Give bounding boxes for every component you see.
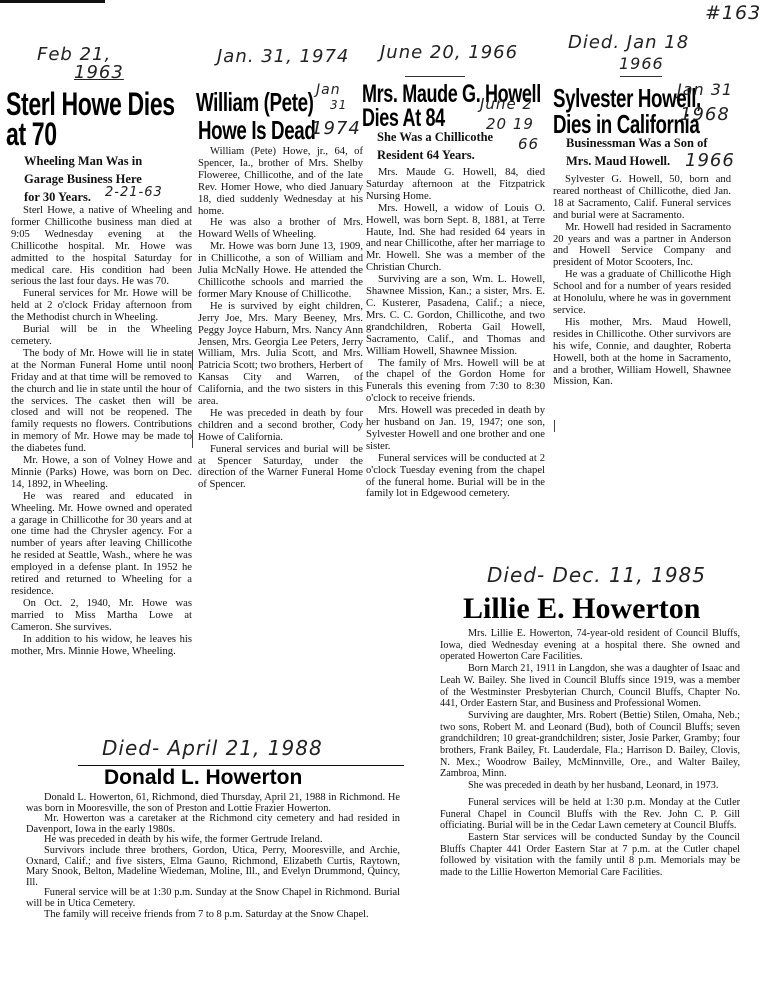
paragraph: Funeral services and burial will be at S… — [198, 444, 363, 492]
paragraph: Donald L. Howerton, 61, Richmond, died T… — [26, 793, 400, 814]
paragraph: Born March 21, 1911 in Langdon, she was … — [440, 663, 740, 710]
paragraph: Funeral service will be at 1:30 p.m. Sun… — [26, 888, 400, 909]
paragraph: The body of Mr. Howe will lie in state a… — [11, 348, 192, 455]
paragraph: Burial will be in the Wheeling cemetery. — [11, 324, 192, 348]
handwritten-note: 1968 — [680, 104, 730, 125]
handwritten-note: 1966 — [685, 150, 735, 171]
handwritten-note: 2-21-63 — [105, 185, 163, 200]
paragraph: The family will receive friends from 7 t… — [26, 910, 400, 921]
handwritten-date-year: 1966 — [619, 54, 664, 73]
handwritten-note: 1974 — [311, 118, 361, 139]
article-body: Mrs. Lillie E. Howerton, 74-year-old res… — [440, 628, 740, 879]
clip-edge-mark — [192, 430, 193, 448]
paragraph: Mrs. Howell was preceded in death by her… — [366, 405, 545, 453]
handwritten-note: Jan 31 — [677, 80, 733, 99]
handwritten-date: Died. Jan 18 — [568, 32, 689, 53]
handwritten-date: June 20, 1966 — [380, 42, 518, 63]
handwritten-date: Died- April 21, 1988 — [102, 736, 323, 760]
paragraph: Surviving are daughter, Mrs. Robert (Bet… — [440, 710, 740, 780]
paragraph: Funeral services will be held at 1:30 p.… — [440, 797, 740, 832]
clip-edge-mark — [192, 350, 193, 370]
article-body: Sterl Howe, a native of Wheeling and for… — [11, 205, 192, 657]
divider — [620, 76, 662, 77]
paragraph: Mr. Howe was born June 13, 1909, in Chil… — [198, 241, 363, 301]
article-body: Sylvester G. Howell, 50, born and reared… — [553, 174, 731, 388]
article-body: William (Pete) Howe, jr., 64, of Spencer… — [198, 146, 363, 491]
paragraph: On Oct. 2, 1940, Mr. Howe was married to… — [11, 598, 192, 634]
paragraph: Mr. Howell had resided in Sacramento 20 … — [553, 222, 731, 270]
paragraph: He was also a brother of Mrs. Howard Wel… — [198, 217, 363, 241]
paragraph: Sterl Howe, a native of Wheeling and for… — [11, 205, 192, 288]
headline-line-2: Howe Is Dead — [198, 116, 315, 146]
headline: Lillie E. Howerton — [463, 592, 700, 626]
handwritten-date: Jan. 31, 1974 — [217, 46, 349, 67]
article-body: Mrs. Maude G. Howell, 84, died Saturday … — [366, 167, 545, 500]
paragraph: Mr. Howerton was a caretaker at the Rich… — [26, 814, 400, 835]
paragraph: Funeral services for Mr. Howe will be he… — [11, 288, 192, 324]
paragraph: He was reared and educated in Wheeling. … — [11, 491, 192, 598]
paragraph: He is survived by eight children, Jerry … — [198, 301, 363, 408]
paragraph: The family of Mrs. Howell will be at the… — [366, 358, 545, 406]
headline-line-2: at 70 — [6, 116, 57, 153]
paragraph: His mother, Mrs. Maud Howell, resides in… — [553, 317, 731, 388]
paragraph: Mrs. Maude G. Howell, 84, died Saturday … — [366, 167, 545, 203]
paragraph: Sylvester G. Howell, 50, born and reared… — [553, 174, 731, 222]
paragraph: Mrs. Howell, a widow of Louis O. Howell,… — [366, 203, 545, 274]
paragraph: She was preceded in death by her husband… — [440, 780, 740, 792]
handwritten-date: Died- Dec. 11, 1985 — [487, 563, 706, 587]
subhead: She Was a Chillicothe Resident 64 Years. — [377, 128, 517, 164]
paragraph: Survivors include three brothers, Gordon… — [26, 846, 400, 888]
paragraph: Eastern Star services will be conducted … — [440, 832, 740, 879]
handwritten-note: Jan — [316, 82, 341, 98]
paragraph: Surviving are a son, Wm. L. Howell, Shaw… — [366, 274, 545, 357]
page-number-note: #163 — [705, 2, 760, 24]
headline: Donald L. Howerton — [104, 766, 302, 790]
paragraph: Mrs. Lillie E. Howerton, 74-year-old res… — [440, 628, 740, 663]
paragraph: In addition to his widow, he leaves his … — [11, 634, 192, 658]
handwritten-note: 31 — [330, 98, 347, 112]
clip-edge-mark — [554, 420, 555, 432]
divider — [405, 76, 465, 77]
paragraph: He was preceded in death by four childre… — [198, 408, 363, 444]
article-body: Donald L. Howerton, 61, Richmond, died T… — [26, 793, 400, 920]
top-edge-rule — [0, 0, 105, 3]
paragraph: Funeral services will be conducted at 2 … — [366, 453, 545, 501]
paragraph: He was a graduate of Chillicothe High Sc… — [553, 269, 731, 317]
paragraph: William (Pete) Howe, jr., 64, of Spencer… — [198, 146, 363, 217]
headline-line-1: William (Pete) — [196, 88, 314, 118]
paragraph: Mr. Howe, a son of Volney Howe and Minni… — [11, 455, 192, 491]
handwritten-date-year: 1963 — [74, 62, 124, 83]
